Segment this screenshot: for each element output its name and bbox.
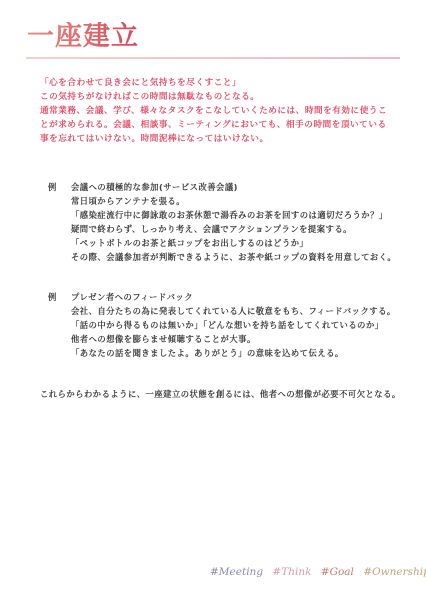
hashtag-meeting: #Meeting [210, 566, 263, 578]
example-line: 疑問で終わらず、しっかり考え、会議でアクションプランを提案する。 [71, 222, 411, 236]
hashtag-think: #Think [272, 566, 311, 578]
example-heading: 会議への積極的な参加(サービス改善会議) [71, 180, 411, 194]
example-line: 「ペットボトルのお茶と紙コップをお出しするのはどうか」 [71, 236, 411, 250]
hashtag-list: #Meeting #Think #Goal #Ownership [210, 565, 426, 579]
example-line: 「感染症流行中に御詠敢のお茶休憩で湯呑みのお茶を回すのは適切だろうか？」 [71, 208, 411, 222]
example-marker: 例 [48, 290, 57, 304]
example-line: 常日頃からアンテナを張る。 [71, 194, 411, 208]
example-line: 「あなたの話を聞きましたよ。ありがとう」の意味を込めて伝える。 [71, 346, 411, 360]
example-line: 会社、自分たちの為に発表してくれている人に敬意をもち、フィードバックする。 [71, 304, 411, 318]
intro-paragraph: 「心を合わせて良き会にと気持ちを尽くすこと」 この気持ちがなければこの時間は無駄… [40, 76, 410, 146]
example-line: 「話の中から得るものは無いか」「どんな想いを持ち話をしてくれているのか」 [71, 318, 411, 332]
intro-line: とが求められる。会議、相談事、ミーティングにおいても、相手の時間を頂いている [40, 118, 410, 132]
hashtag-ownership: #Ownership [363, 566, 426, 578]
intro-line: 「心を合わせて良き会にと気持ちを尽くすこと」 [40, 76, 410, 90]
intro-line: 事を忘れてはいけない。時間泥棒になってはいけない。 [40, 132, 410, 146]
example-heading: プレゼン者へのフィードバック [71, 290, 411, 304]
page-title: 一座建立 [27, 22, 139, 52]
example-line: 他者への想像を膨らませ傾聴することが大事。 [71, 332, 411, 346]
intro-line: この気持ちがなければこの時間は無駄なものとなる。 [40, 90, 410, 104]
example-body: プレゼン者へのフィードバック 会社、自分たちの為に発表してくれている人に敬意をも… [71, 290, 411, 360]
title-divider [26, 57, 400, 59]
intro-line: 通常業務、会議、学び、様々なタスクをこなしていくためには、時間を有効に使うこ [40, 104, 410, 118]
example-body: 会議への積極的な参加(サービス改善会議) 常日頃からアンテナを張る。 「感染症流… [71, 180, 411, 264]
example-marker: 例 [48, 180, 57, 194]
hashtag-goal: #Goal [321, 566, 354, 578]
conclusion-text: これらからわかるように、一座建立の状態を創るには、他者への想像が必要不可欠となる… [40, 387, 401, 401]
example-line: その際、会議参加者が判断できるように、お茶や紙コップの資料を用意しておく。 [71, 250, 411, 264]
